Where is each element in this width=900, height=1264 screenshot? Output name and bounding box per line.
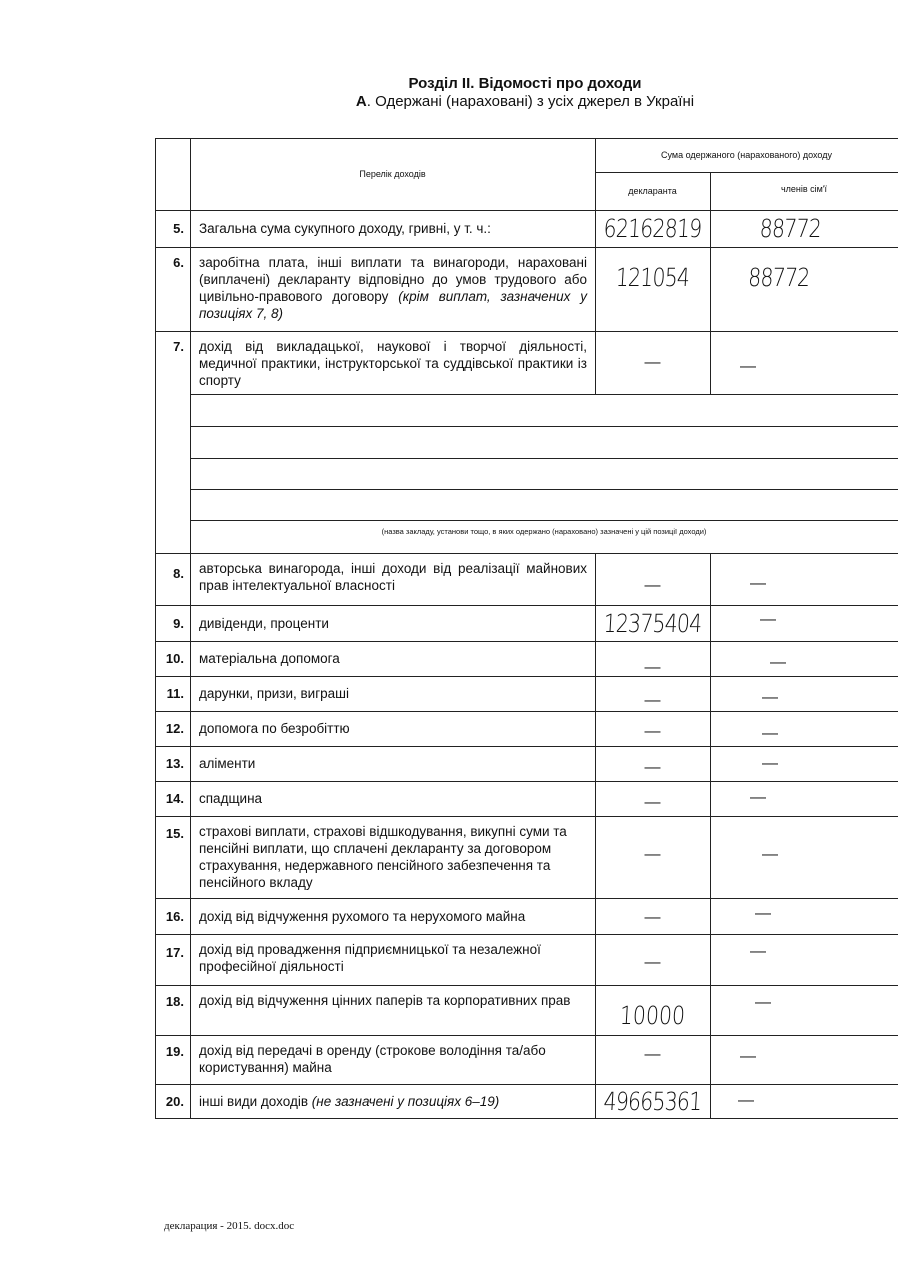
row-text: дохід від провадження підприємницької та… [199,942,541,974]
row-number: 15. [155,816,190,850]
row-divider [155,553,898,554]
declarant-amount: 49665361 [604,1084,700,1118]
declarant-amount: — [595,331,710,394]
income-table: Перелік доходів Сума одержаного (нарахов… [0,0,900,1264]
row-description: аліменти [190,746,595,781]
row-number: 20. [155,1084,190,1118]
family-amount: — [710,1035,898,1079]
institution-note: (назва закладу, установи тощо, в яких од… [190,527,898,536]
row-text: аліменти [199,755,255,772]
family-amount: — [710,645,898,680]
row-description: дохід від відчуження цінних паперів та к… [190,988,595,1034]
declarant-amount: — [595,683,710,718]
row-description: інші види доходів (не зазначені у позиці… [190,1084,595,1118]
row-number: 19. [155,1035,190,1067]
family-amount: — [710,780,898,815]
declarant-amount: — [595,900,710,936]
family-amount: — [710,896,898,932]
family-amount: — [710,680,898,715]
family-amount: — [710,335,898,398]
row-description: заробітна плата, інші виплати та винагор… [190,250,595,328]
family-amount: 88772 [726,210,882,247]
row-number: 9. [155,605,190,641]
family-amount: — [710,602,898,638]
row-description: дохід від відчуження рухомого та нерухом… [190,898,595,934]
row-number: 11. [155,676,190,711]
row-number: 14. [155,781,190,816]
declarant-amount: — [595,785,710,820]
declarant-amount: — [595,650,710,685]
family-amount: 88772 [725,247,883,307]
blank-line [190,520,898,521]
declarant-amount: 10000 [604,990,701,1040]
row-number: 18. [155,985,190,1017]
family-amount: — [710,1084,898,1118]
row-number: 12. [155,711,190,746]
declarant-amount: — [595,1035,710,1075]
declarant-amount: — [595,714,710,749]
declarant-amount: 121054 [604,247,702,307]
blank-line [190,458,898,459]
row-text: авторська винагорода, інші доходи від ре… [199,561,587,593]
row-number: 17. [155,934,190,970]
row-number: 7. [155,331,190,361]
header-declarant: декларанта [595,172,710,210]
declarant-amount: — [595,940,710,986]
blank-line [190,426,898,427]
row-number: 5. [155,210,190,247]
row-text: страхові виплати, страхові відшкодування… [199,824,567,890]
table-border [155,1118,898,1119]
row-number: 13. [155,746,190,781]
row-description: допомога по безробіттю [190,711,595,746]
declarant-amount: 62162819 [604,210,700,247]
row-description: Загальна сума сукупного доходу, гривні, … [190,210,595,247]
row-description: дивіденди, проценти [190,605,595,641]
row-description: дарунки, призи, виграші [190,676,595,711]
row-description: страхові виплати, страхові відшкодування… [190,819,595,897]
blank-line [190,489,898,490]
row-text: дохід від викладацької, наукової і творч… [199,339,587,388]
row-number: 10. [155,641,190,676]
row-description: дохід від провадження підприємницької та… [190,937,595,983]
row-text-italic: (не зазначені у позиціях 6–19) [312,1093,500,1110]
footer-filename: декларация - 2015. docx.doc [164,1220,294,1232]
family-amount: — [710,985,898,1021]
family-amount: — [710,746,898,781]
row-divider [155,331,898,332]
row-description: спадщина [190,781,595,816]
header-amount-group: Сума одержаного (нарахованого) доходу [595,138,898,172]
row-text: інші види доходів [199,1093,312,1110]
row-description: авторська винагорода, інші доходи від ре… [190,556,595,604]
row-description: матеріальна допомога [190,641,595,676]
row-text: спадщина [199,790,262,807]
row-text: дивіденди, проценти [199,615,329,632]
family-amount: — [710,934,898,970]
row-text: дохід від відчуження рухомого та нерухом… [199,908,525,925]
row-text: дохід від відчуження цінних паперів та к… [199,993,570,1008]
declarant-amount: — [595,816,710,894]
row-text: дохід від передачі в оренду (строкове во… [199,1043,546,1075]
row-number: 16. [155,898,190,934]
row-number: 8. [155,553,190,593]
row-description: дохід від передачі в оренду (строкове во… [190,1038,595,1084]
row-text: дарунки, призи, виграші [199,685,349,702]
row-number: 6. [155,247,190,277]
row-description: дохід від викладацької, наукової і творч… [190,334,595,392]
family-amount: — [710,816,898,894]
declarant-amount: — [595,750,710,785]
header-income-list: Перелік доходів [190,138,595,210]
row-text: допомога по безробіттю [199,720,350,737]
header-family: членів сім'ї [710,172,898,206]
row-text: Загальна сума сукупного доходу, гривні, … [199,220,491,237]
row-text: матеріальна допомога [199,650,340,667]
declarant-amount: 12375404 [604,605,700,641]
